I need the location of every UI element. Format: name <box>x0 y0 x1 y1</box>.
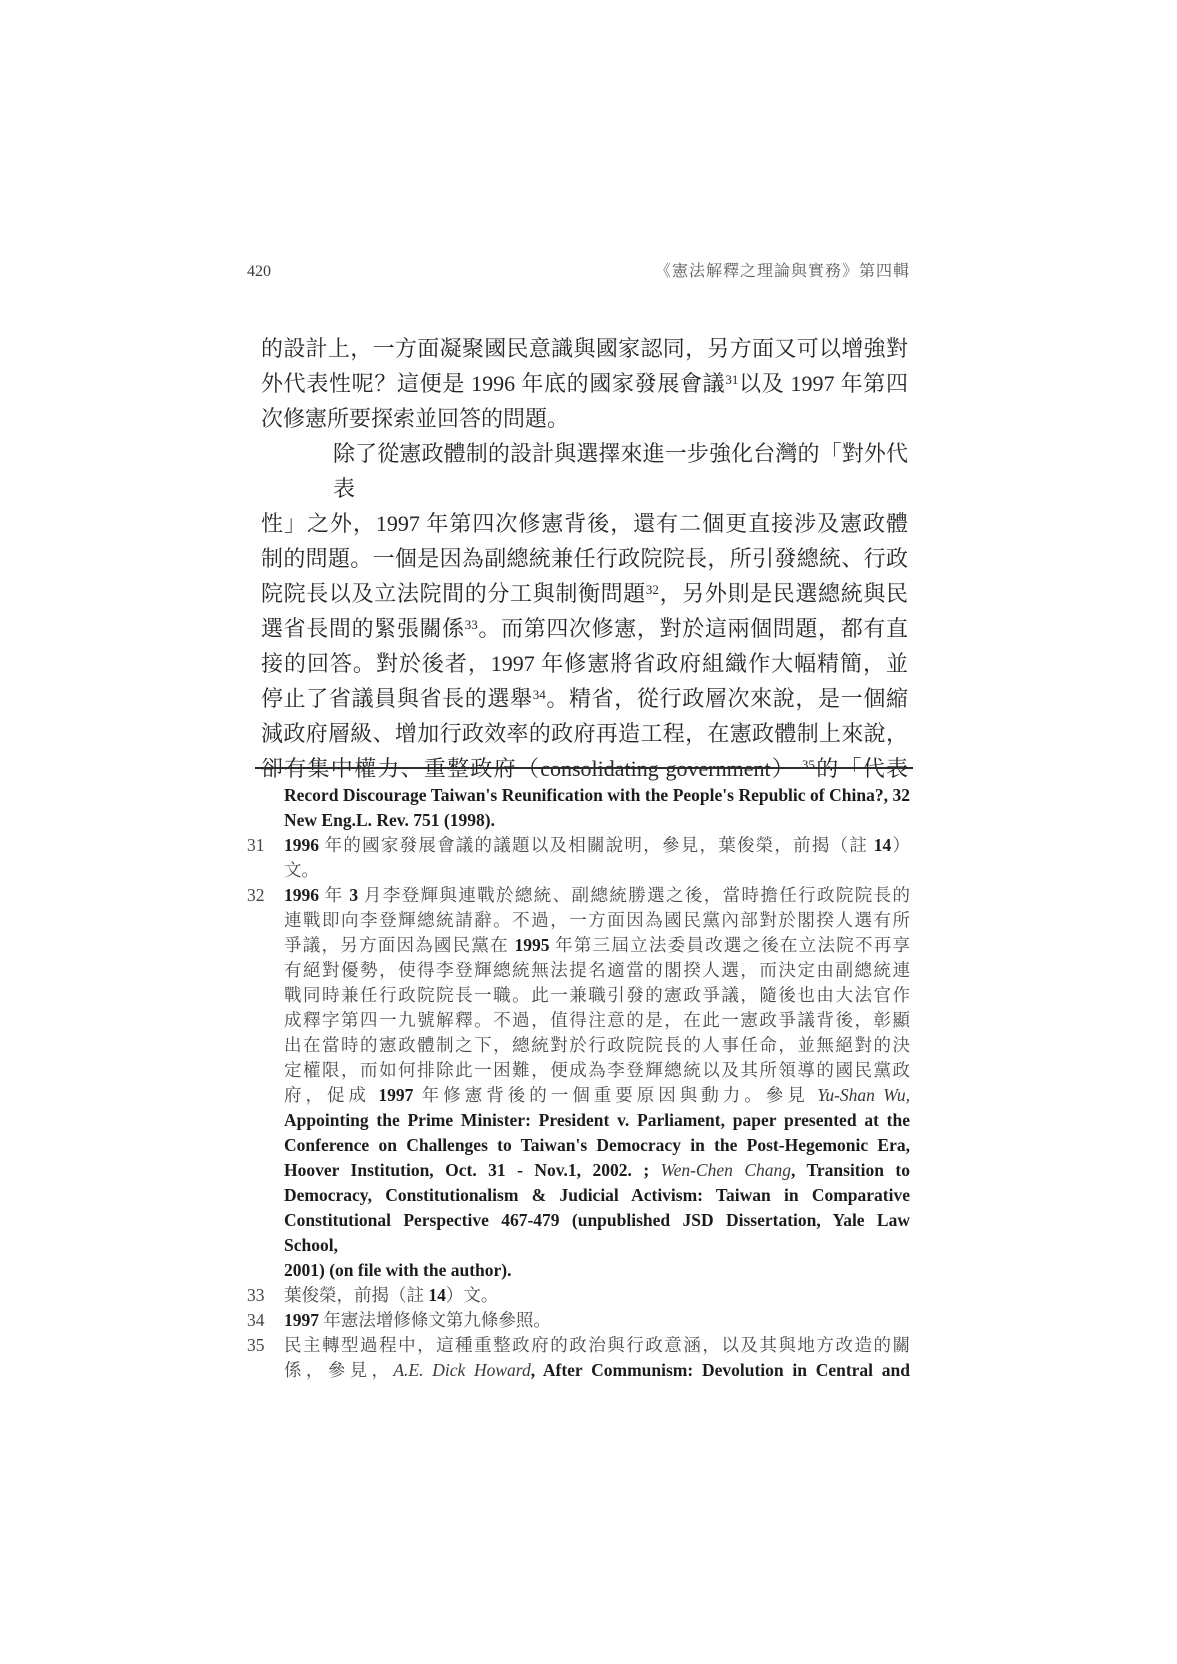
footnote-number: 32 <box>247 883 281 908</box>
text-segment: ）文。 <box>446 1285 499 1305</box>
footnote-separator <box>255 767 913 769</box>
text-segment: 出在當時的憲政體制之下，總統對於行政院院長的人事任命，並無絕對的決 <box>284 1035 910 1055</box>
footnote-number: 34 <box>247 1308 281 1333</box>
text-line: 減政府層級、增加行政效率的政府再造工程，在憲政體制上來說， <box>261 716 908 751</box>
text-line: 35民主轉型過程中，這種重整政府的政治與行政意涵，以及其與地方改造的關 <box>284 1333 910 1358</box>
text-segment: 1997 <box>378 1085 413 1105</box>
text-line: 341997 年憲法增修條文第九條參照。 <box>284 1308 910 1333</box>
text-segment: 有絕對優勢，使得李登輝總統無法提名適當的閣揆人選，而決定由副總統連 <box>284 960 910 980</box>
text-segment: 14 <box>874 835 892 855</box>
text-line: New Eng.L. Rev. 751 (1998). <box>284 808 910 833</box>
running-header-title: 《憲法解釋之理論與實務》第四輯 <box>655 258 910 281</box>
text-segment: 14 <box>428 1285 446 1305</box>
text-segment: 接的回答。對於後者，1997 年修憲將省政府組織作大幅精簡，並 <box>261 651 908 676</box>
text-line: Appointing the Prime Minister: President… <box>284 1108 910 1133</box>
text-segment: 外代表性呢？這便是 1996 年底的國家發展會議 <box>261 371 725 396</box>
text-segment: Appointing the Prime Minister: President… <box>284 1110 910 1130</box>
text-line: 有絕對優勢，使得李登輝總統無法提名適當的閣揆人選，而決定由副總統連 <box>284 958 910 983</box>
page-number: 420 <box>247 263 271 281</box>
text-segment: 係，參見， <box>284 1360 393 1380</box>
text-line: 制的問題。一個是因為副總統兼任行政院院長，所引發總統、行政 <box>261 541 908 576</box>
text-line: Hoover Institution, Oct. 31 - Nov.1, 200… <box>284 1158 910 1183</box>
text-segment: 2001) (on file with the author). <box>284 1260 511 1280</box>
text-segment: 年憲法增修條文第九條參照。 <box>319 1310 551 1330</box>
text-segment: 減政府層級、增加行政效率的政府再造工程，在憲政體制上來說， <box>261 721 908 746</box>
text-segment: 成釋字第四一九號解釋。不過，值得注意的是，在此一憲政爭議背後，彰顯 <box>284 1010 910 1030</box>
text-segment: 1997 <box>284 1310 319 1330</box>
text-segment: 1995 <box>515 935 550 955</box>
text-segment: 院院長以及立法院間的分工與制衡問題 <box>261 581 646 606</box>
text-segment: 年修憲背後的一個重要原因與動力。參見 <box>413 1085 817 1105</box>
text-line: 府，促成 1997 年修憲背後的一個重要原因與動力。參見 Yu-Shan Wu, <box>284 1083 910 1108</box>
text-line: 成釋字第四一九號解釋。不過，值得注意的是，在此一憲政爭議背後，彰顯 <box>284 1008 910 1033</box>
text-segment: Record Discourage Taiwan's Reunification… <box>284 785 910 805</box>
page-header: 420 《憲法解釋之理論與實務》第四輯 <box>247 258 910 281</box>
text-segment: Democracy, Constitutionalism & Judicial … <box>284 1185 910 1205</box>
text-segment: 年 <box>319 885 349 905</box>
footnote-number: 35 <box>247 1333 281 1358</box>
text-segment: 1996 <box>284 835 319 855</box>
footnote-reference: 32 <box>646 582 659 597</box>
footnote-reference: 35 <box>802 757 815 772</box>
text-line: 性」之外，1997 年第四次修憲背後，還有二個更直接涉及憲政體 <box>261 506 908 541</box>
text-line: 除了從憲政體制的設計與選擇來進一步強化台灣的「對外代表 <box>261 436 908 506</box>
text-segment: 。精省，從行政層次來說，是一個縮 <box>546 686 908 711</box>
text-segment: 月李登輝與連戰於總統、副總統勝選之後，當時擔任行政院院長的 <box>358 885 910 905</box>
text-line: 出在當時的憲政體制之下，總統對於行政院院長的人事任命，並無絕對的決 <box>284 1033 910 1058</box>
main-text: 的設計上，一方面凝聚國民意識與國家認同，另方面又可以增強對外代表性呢？這便是 1… <box>261 331 908 786</box>
text-segment: Hoover Institution, Oct. 31 - Nov.1, 200… <box>284 1160 661 1180</box>
text-segment: 1996 <box>284 885 319 905</box>
text-segment: 爭議，另方面因為國民黨在 <box>284 935 515 955</box>
text-line: 接的回答。對於後者，1997 年修憲將省政府組織作大幅精簡，並 <box>261 646 908 681</box>
footnote-number: 33 <box>247 1283 281 1308</box>
text-line: 文。 <box>284 858 910 883</box>
text-segment: 3 <box>349 885 358 905</box>
footnotes-section: Record Discourage Taiwan's Reunification… <box>284 783 910 1383</box>
text-segment: Conference on Challenges to Taiwan's Dem… <box>284 1135 910 1155</box>
text-segment: 文。 <box>284 860 319 880</box>
text-segment: 戰同時兼任行政院院長一職。此一兼職引發的憲政爭議，隨後也由大法官作 <box>284 985 910 1005</box>
text-segment: 除了從憲政體制的設計與選擇來進一步強化台灣的「對外代表 <box>333 441 908 501</box>
text-segment: New Eng.L. Rev. 751 (1998). <box>284 810 495 830</box>
footnote-reference: 33 <box>465 617 478 632</box>
text-line: 2001) (on file with the author). <box>284 1258 910 1283</box>
text-segment: 以及 1997 年第四 <box>738 371 908 396</box>
text-segment: Constitutional Perspective 467-479 (unpu… <box>284 1210 910 1255</box>
text-line: 係，參見，A.E. Dick Howard, After Communism: … <box>284 1358 910 1383</box>
text-line: Democracy, Constitutionalism & Judicial … <box>284 1183 910 1208</box>
text-segment: 的設計上，一方面凝聚國民意識與國家認同，另方面又可以增強對 <box>261 336 908 361</box>
text-line: Conference on Challenges to Taiwan's Dem… <box>284 1133 910 1158</box>
text-segment: 停止了省議員與省長的選舉 <box>261 686 533 711</box>
footnote-number: 31 <box>247 833 281 858</box>
text-line: Record Discourage Taiwan's Reunification… <box>284 783 910 808</box>
text-segment: 。而第四次修憲，對於這兩個問題，都有直 <box>478 616 908 641</box>
text-line: 定權限，而如何排除此一困難，便成為李登輝總統以及其所領導的國民黨政 <box>284 1058 910 1083</box>
text-line: 外代表性呢？這便是 1996 年底的國家發展會議31以及 1997 年第四 <box>261 366 908 401</box>
text-segment: Wen-Chen Chang <box>661 1160 791 1180</box>
text-segment: 民主轉型過程中，這種重整政府的政治與行政意涵，以及其與地方改造的關 <box>284 1335 910 1355</box>
text-line: 院院長以及立法院間的分工與制衡問題32，另外則是民選總統與民 <box>261 576 908 611</box>
text-line: 321996 年 3 月李登輝與連戰於總統、副總統勝選之後，當時擔任行政院院長的 <box>284 883 910 908</box>
text-line: 次修憲所要探索並回答的問題。 <box>261 401 908 436</box>
text-line: 33葉俊榮，前揭（註 14）文。 <box>284 1283 910 1308</box>
text-segment: , After Communism: Devolution in Central… <box>531 1360 910 1380</box>
text-segment: 年的國家發展會議的議題以及相關說明，參見，葉俊榮，前揭（註 <box>319 835 874 855</box>
text-segment: ，另外則是民選總統與民 <box>659 581 908 606</box>
text-segment: 選省長間的緊張關係 <box>261 616 465 641</box>
text-segment: ） <box>891 835 910 855</box>
text-segment: 年第三屆立法委員改選之後在立法院不再享 <box>550 935 910 955</box>
text-segment: 性」之外，1997 年第四次修憲背後，還有二個更直接涉及憲政體 <box>261 511 908 536</box>
text-line: Constitutional Perspective 467-479 (unpu… <box>284 1208 910 1258</box>
text-segment: 葉俊榮，前揭（註 <box>284 1285 428 1305</box>
text-line: 311996 年的國家發展會議的議題以及相關說明，參見，葉俊榮，前揭（註 14） <box>284 833 910 858</box>
text-line: 的設計上，一方面凝聚國民意識與國家認同，另方面又可以增強對 <box>261 331 908 366</box>
text-segment: 次修憲所要探索並回答的問題。 <box>261 406 569 431</box>
text-line: 戰同時兼任行政院院長一職。此一兼職引發的憲政爭議，隨後也由大法官作 <box>284 983 910 1008</box>
scanned-book-page: 420 《憲法解釋之理論與實務》第四輯 的設計上，一方面凝聚國民意識與國家認同，… <box>0 0 1177 1664</box>
text-segment: 府，促成 <box>284 1085 378 1105</box>
text-segment: 定權限，而如何排除此一困難，便成為李登輝總統以及其所領導的國民黨政 <box>284 1060 910 1080</box>
footnote-reference: 34 <box>533 687 546 702</box>
text-segment: Yu-Shan Wu, <box>817 1085 910 1105</box>
text-line: 連戰即向李登輝總統請辭。不過，一方面因為國民黨內部對於閣揆人選有所 <box>284 908 910 933</box>
footnote-reference: 31 <box>725 372 738 387</box>
text-line: 爭議，另方面因為國民黨在 1995 年第三屆立法委員改選之後在立法院不再享 <box>284 933 910 958</box>
text-segment: 制的問題。一個是因為副總統兼任行政院院長，所引發總統、行政 <box>261 546 908 571</box>
text-line: 停止了省議員與省長的選舉34。精省，從行政層次來說，是一個縮 <box>261 681 908 716</box>
text-line: 選省長間的緊張關係33。而第四次修憲，對於這兩個問題，都有直 <box>261 611 908 646</box>
text-segment: , Transition to <box>791 1160 910 1180</box>
text-segment: 連戰即向李登輝總統請辭。不過，一方面因為國民黨內部對於閣揆人選有所 <box>284 910 910 930</box>
text-segment: A.E. Dick Howard <box>393 1360 530 1380</box>
